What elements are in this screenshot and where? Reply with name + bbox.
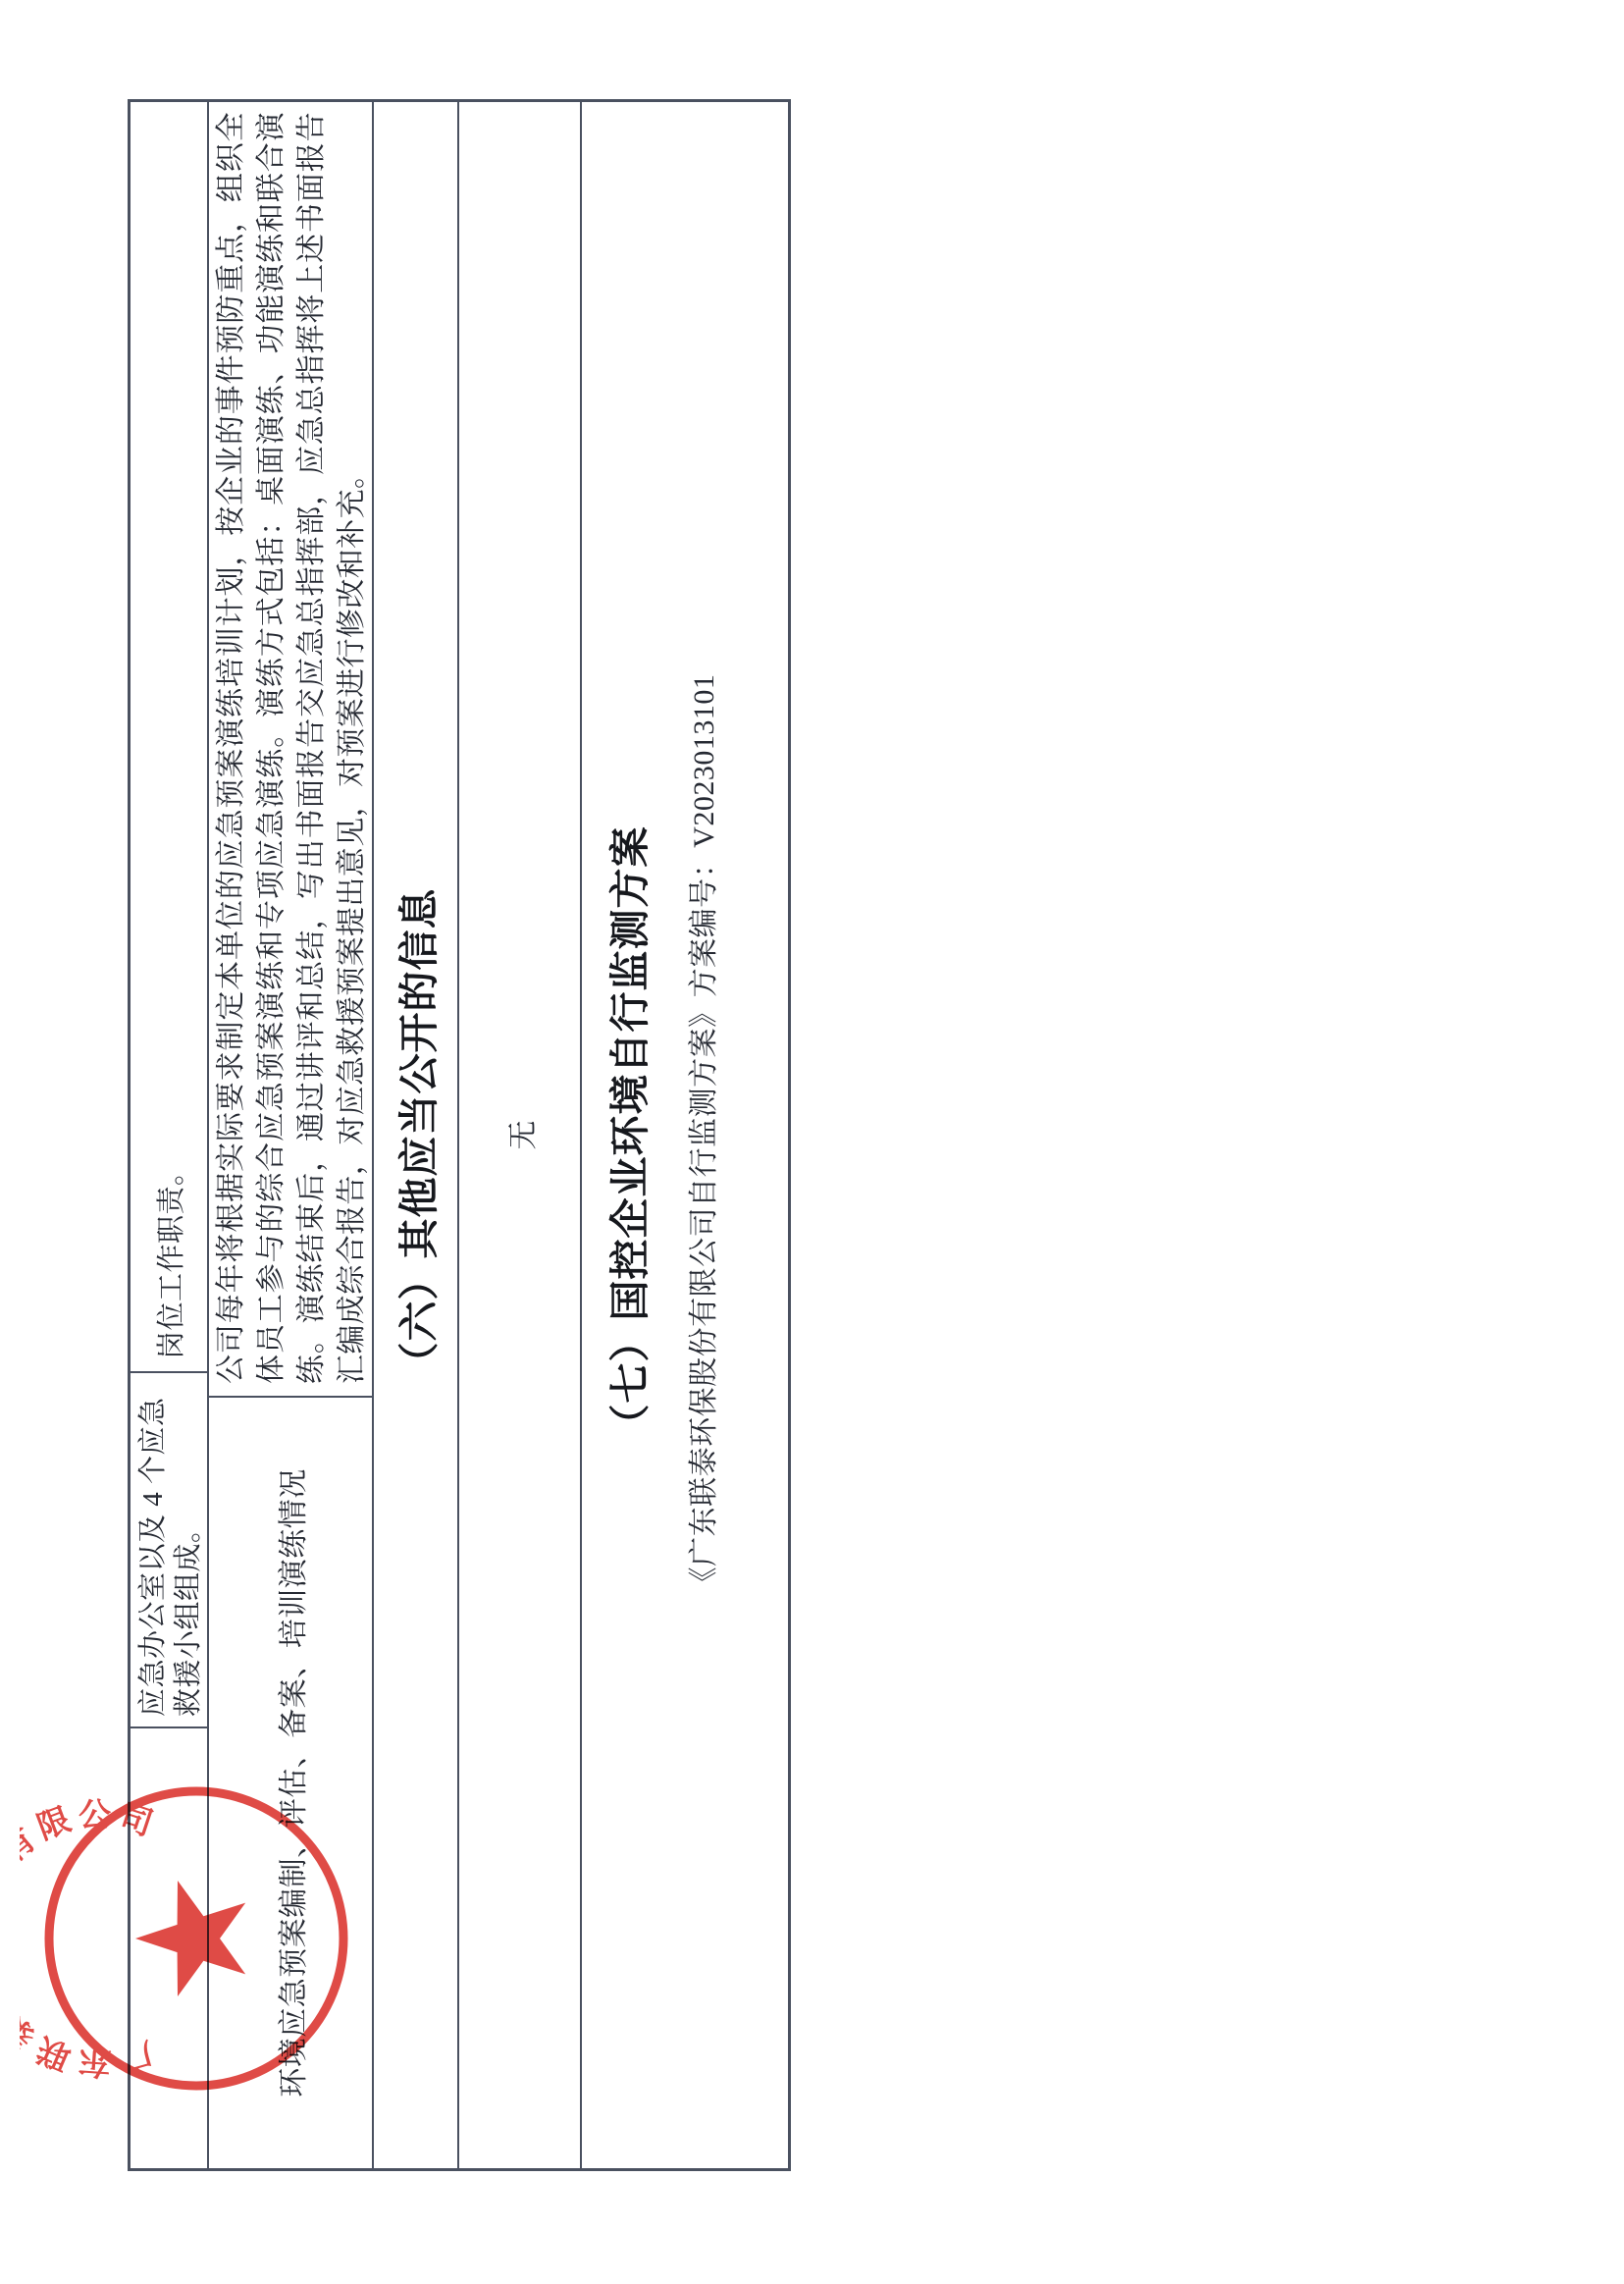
scanned-document-page: 应急办公室以及 4 个应急救援小组组成。 岗位工作职责。 环境应急预案编制、评估…	[0, 0, 1624, 2284]
table-row-continuation: 应急办公室以及 4 个应急救援小组组成。 岗位工作职责。	[131, 102, 209, 2168]
section6-content: 无	[498, 1121, 542, 1150]
cell-row-header: 环境应急预案编制、评估、备案、培训演练情况	[209, 1396, 372, 2168]
section7-content: 《广东联泰环保股份有限公司自行监测方案》方案编号：V2023013101	[679, 674, 722, 1597]
cell-continuation-text: 应急办公室以及 4 个应急救援小组组成。	[131, 1371, 207, 1726]
disclosure-table: 应急办公室以及 4 个应急救援小组组成。 岗位工作职责。 环境应急预案编制、评估…	[128, 99, 791, 2171]
cell-duty-text: 岗位工作职责。	[131, 102, 207, 1371]
rotated-content-layer: 应急办公室以及 4 个应急救援小组组成。 岗位工作职责。 环境应急预案编制、评估…	[0, 0, 1624, 2284]
table-row-section7: （七）国控企业环境自行监测方案 《广东联泰环保股份有限公司自行监测方案》方案编号…	[582, 102, 788, 2168]
table-row-drill-info: 环境应急预案编制、评估、备案、培训演练情况 公司每年将根据实际要求制定本单位的应…	[209, 102, 374, 2168]
section6-heading: （六）其他应当公开的信息	[387, 888, 445, 1383]
cell-empty-header	[131, 1726, 207, 2168]
cell-row-body: 公司每年将根据实际要求制定本单位的应急预案演练培训计划，按企业的事件预防重点，组…	[209, 102, 372, 1396]
table-row-section6-heading: （六）其他应当公开的信息	[374, 102, 459, 2168]
section7-heading: （七）国控企业环境自行监测方案	[598, 826, 655, 1445]
table-row-section6-content: 无	[459, 102, 582, 2168]
